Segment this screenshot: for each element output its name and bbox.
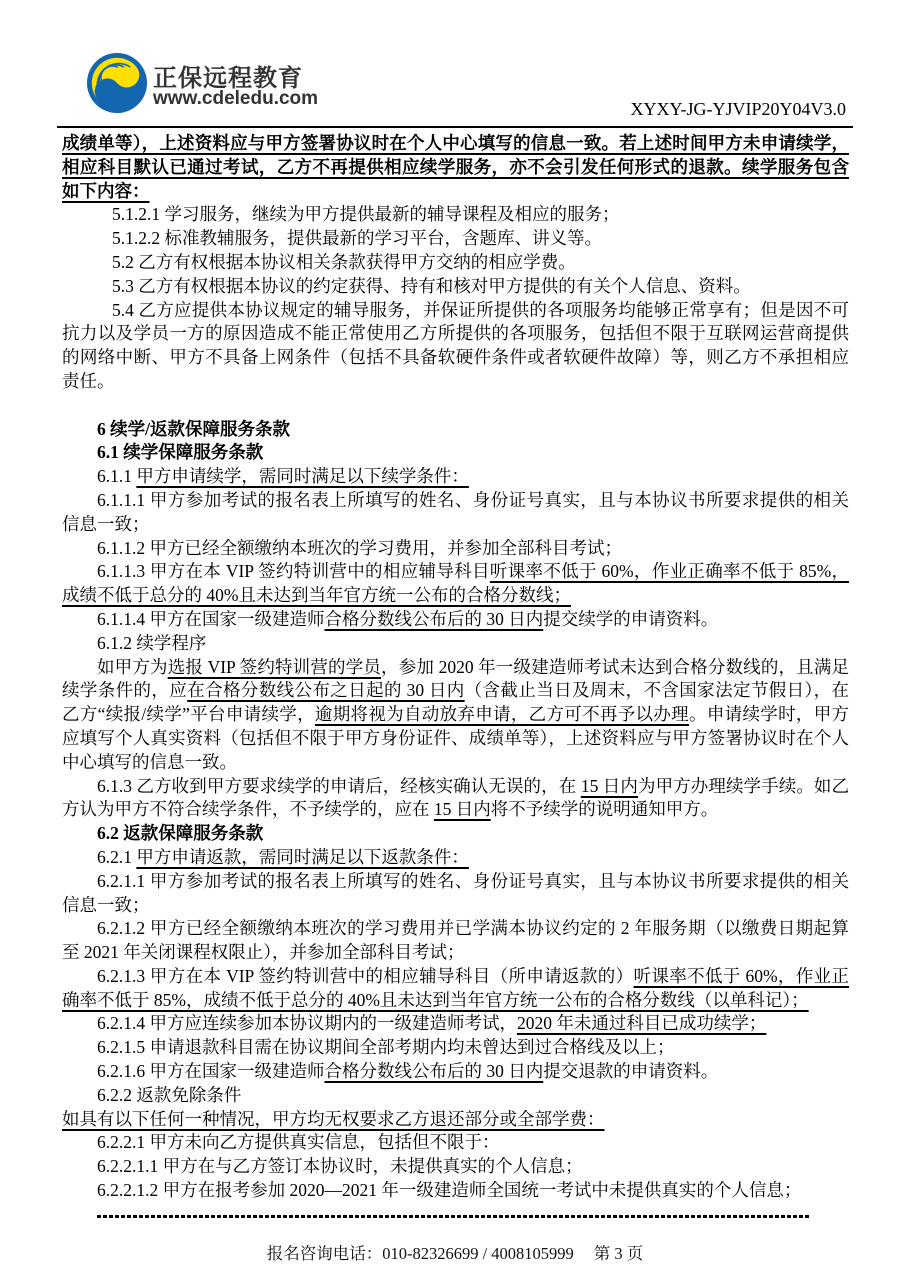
- document-body: 成绩单等），上述资料应与甲方签署协议时在个人中心填写的信息一致。若上述时间甲方未…: [62, 132, 849, 1203]
- text: 5.1.2.1 学习服务，继续为甲方提供最新的辅导课程及相应的服务；: [112, 204, 620, 224]
- clause-paragraph: 6.1.2 续学程序: [62, 632, 849, 656]
- clause-paragraph: 6.2.2.1.1 甲方在与乙方签订本协议时，未提供真实的个人信息；: [62, 1155, 849, 1179]
- underlined-text: 甲方申请续学，需同时满足以下续学条件：: [136, 466, 469, 486]
- underlined-text: 2020 年未通过科目已成功续学；: [517, 1013, 766, 1033]
- text: 6.1.3 乙方收到甲方要求续学的申请后，经核实确认无误的，在: [97, 776, 581, 796]
- text: 6.2.2.1.2 甲方在报考参加 2020—2021 年一级建造师全国统一考试…: [97, 1180, 801, 1200]
- underlined-text: 在合格分数线公布之日起的 30 日内: [187, 680, 464, 700]
- text: 6.2 返款保障服务条款: [97, 823, 263, 843]
- clause-paragraph: 6.2.1.6 甲方在国家一级建造师合格分数线公布后的 30 日内提交退款的申请…: [62, 1060, 849, 1084]
- header-divider: [57, 126, 853, 128]
- footer-page-number: 第 3 页: [594, 1244, 644, 1263]
- clause-paragraph: 6.2.2 返款免除条件: [62, 1084, 849, 1108]
- text: 5.4 乙方应提供本协议规定的辅导服务，并保证所提供的各项服务均能够正常享有；但…: [62, 300, 849, 391]
- clause-paragraph: 6.1.1.2 甲方已经全额缴纳本班次的学习费用，并参加全部科目考试；: [62, 537, 849, 561]
- clause-paragraph: 5.3 乙方有权根据本协议的约定获得、持有和核对甲方提供的有关个人信息、资料。: [62, 275, 849, 299]
- text: 6.1.1.2 甲方已经全额缴纳本班次的学习费用，并参加全部科目考试；: [97, 538, 622, 558]
- text: 6.1.1.3 甲方在本 VIP 签约特训营中的相应辅导科目: [97, 561, 490, 581]
- clause-paragraph: 6.1.1.1 甲方参加考试的报名表上所填写的姓名、身份证号真实，且与本协议书所…: [62, 489, 849, 537]
- clause-paragraph: 6.2 返款保障服务条款: [62, 822, 849, 846]
- clause-paragraph: 5.2 乙方有权根据本协议相关条款获得甲方交纳的相应学费。: [62, 251, 849, 275]
- document-code: XYXY-JG-YJVIP20Y04V3.0: [631, 99, 847, 120]
- text: 6.2.2.1.1 甲方在与乙方签订本协议时，未提供真实的个人信息；: [97, 1156, 583, 1176]
- underlined-text: 逾期将视为自动放弃申请，乙方可不再予以办理: [315, 704, 689, 724]
- clause-paragraph: 6.2.2.1 甲方未向乙方提供真实信息，包括但不限于：: [62, 1131, 849, 1155]
- clause-paragraph: 6 续学/返款保障服务条款: [62, 418, 849, 442]
- text: 6.1.1.4 甲方在国家一级建造师: [97, 609, 325, 629]
- underlined-text: 合格分数线公布后的 30 日内: [325, 609, 544, 629]
- text: 6.2.1.2 甲方已经全额缴纳本班次的学习费用并已学满本协议约定的 2 年服务…: [62, 918, 849, 962]
- clause-paragraph: 6.1.1.3 甲方在本 VIP 签约特训营中的相应辅导科目听课率不低于 60%…: [62, 560, 849, 608]
- text: 5.2 乙方有权根据本协议相关条款获得甲方交纳的相应学费。: [112, 252, 576, 272]
- text: 如甲方为: [97, 657, 168, 677]
- text: 6.2.1: [97, 847, 136, 867]
- clause-paragraph: 6.1 续学保障服务条款: [62, 441, 849, 465]
- text: 6.2.1.4 甲方应连续参加本协议期内的一级建造师考试，: [97, 1013, 517, 1033]
- text: 6.2.1.1 甲方参加考试的报名表上所填写的姓名、身份证号真实，且与本协议书所…: [62, 871, 849, 915]
- text: 5.1.2.2 标准教辅服务，提供最新的学习平台，含题库、讲义等。: [112, 228, 602, 248]
- clause-paragraph: 如具有以下任何一种情况，甲方均无权要求乙方退还部分或全部学费：: [62, 1108, 849, 1132]
- clause-paragraph: 成绩单等），上述资料应与甲方签署协议时在个人中心填写的信息一致。若上述时间甲方未…: [62, 132, 849, 203]
- clause-paragraph: 如甲方为选报 VIP 签约特训营的学员，参加 2020 年一级建造师考试未达到合…: [62, 656, 849, 775]
- text: 6.2.2 返款免除条件: [97, 1085, 241, 1105]
- text: 6.1.1: [97, 466, 136, 486]
- zhengbao-logo-icon: [86, 52, 148, 114]
- clause-paragraph: 6.1.1 甲方申请续学，需同时满足以下续学条件：: [62, 465, 849, 489]
- footer-divider: [97, 1215, 810, 1218]
- clause-paragraph: 6.2.1.3 甲方在本 VIP 签约特训营中的相应辅导科目（所申请返款的）听课…: [62, 965, 849, 1013]
- underlined-text: 合格分数线公布后的 30 日内: [325, 1061, 544, 1081]
- text: 6 续学/返款保障服务条款: [97, 419, 290, 439]
- clause-paragraph: 5.1.2.2 标准教辅服务，提供最新的学习平台，含题库、讲义等。: [62, 227, 849, 251]
- text: 6.2.1.5 申请退款科目需在协议期间全部考期内均未曾达到过合格线及以上；: [97, 1037, 675, 1057]
- text: 6.2.2.1 甲方未向乙方提供真实信息，包括但不限于：: [97, 1132, 500, 1152]
- text: 5.3 乙方有权根据本协议的约定获得、持有和核对甲方提供的有关个人信息、资料。: [112, 276, 751, 296]
- clause-paragraph: 5.1.2.1 学习服务，继续为甲方提供最新的辅导课程及相应的服务；: [62, 203, 849, 227]
- underlined-text: 甲方申请返款，需同时满足以下返款条件：: [136, 847, 469, 867]
- footer-contact: 报名咨询电话：010-82326699 / 4008105999: [267, 1244, 574, 1263]
- text: 6.2.1.3 甲方在本 VIP 签约特训营中的相应辅导科目（所申请返款的）: [97, 966, 634, 986]
- brand-url: www.cdeledu.com: [153, 88, 318, 110]
- clause-paragraph: 6.2.1.5 申请退款科目需在协议期间全部考期内均未曾达到过合格线及以上；: [62, 1036, 849, 1060]
- underlined-text: 选报 VIP 签约特训营的学员: [168, 657, 381, 677]
- underlined-text: 15 日内: [434, 799, 491, 819]
- text: 6.1 续学保障服务条款: [97, 442, 263, 462]
- text: 6.1.2 续学程序: [97, 633, 206, 653]
- clause-paragraph: 6.2.1.4 甲方应连续参加本协议期内的一级建造师考试，2020 年未通过科目…: [62, 1012, 849, 1036]
- clause-paragraph: 6.1.1.4 甲方在国家一级建造师合格分数线公布后的 30 日内提交续学的申请…: [62, 608, 849, 632]
- text: 提交续学的申请资料。: [543, 609, 718, 629]
- underlined-text: 如具有以下任何一种情况，甲方均无权要求乙方退还部分或全部学费：: [62, 1109, 605, 1129]
- clause-paragraph: 6.2.1 甲方申请返款，需同时满足以下返款条件：: [62, 846, 849, 870]
- text: 提交退款的申请资料。: [543, 1061, 718, 1081]
- underlined-text: 15 日内: [581, 776, 638, 796]
- text: 6.1.1.1 甲方参加考试的报名表上所填写的姓名、身份证号真实，且与本协议书所…: [62, 490, 849, 534]
- clause-paragraph: 5.4 乙方应提供本协议规定的辅导服务，并保证所提供的各项服务均能够正常享有；但…: [62, 299, 849, 394]
- clause-paragraph: 6.2.2.1.2 甲方在报考参加 2020—2021 年一级建造师全国统一考试…: [62, 1179, 849, 1203]
- clause-paragraph: 6.2.1.1 甲方参加考试的报名表上所填写的姓名、身份证号真实，且与本协议书所…: [62, 870, 849, 918]
- text: 6.2.1.6 甲方在国家一级建造师: [97, 1061, 325, 1081]
- paragraph-spacer: [62, 394, 849, 418]
- text: 将不予续学的说明通知甲方。: [491, 799, 719, 819]
- clause-paragraph: 6.1.3 乙方收到甲方要求续学的申请后，经核实确认无误的，在 15 日内为甲方…: [62, 775, 849, 823]
- clause-paragraph: 6.2.1.2 甲方已经全额缴纳本班次的学习费用并已学满本协议约定的 2 年服务…: [62, 917, 849, 965]
- underlined-text: 成绩单等），上述资料应与甲方签署协议时在个人中心填写的信息一致。若上述时间甲方未…: [62, 133, 849, 201]
- footer-text: 报名咨询电话：010-82326699 / 4008105999第 3 页: [0, 1240, 910, 1264]
